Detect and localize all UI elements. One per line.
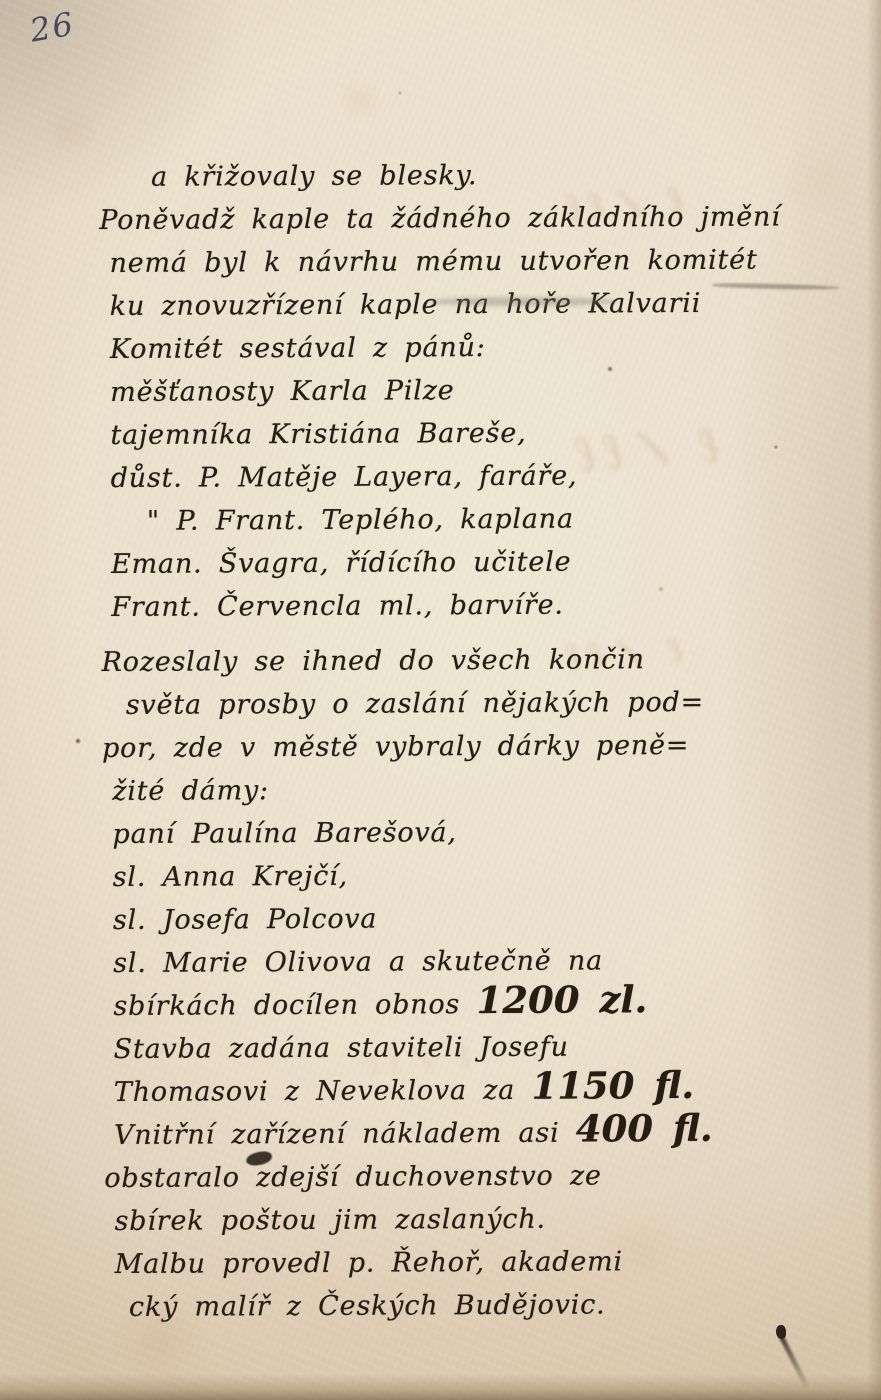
- manuscript-line: měšťanosty Karla Pilze: [110, 363, 868, 410]
- line-text: Thomasovi z Neveklova za: [114, 1075, 532, 1108]
- line-text: obstaralo zdejší duchovenstvo ze: [104, 1160, 602, 1194]
- line-text: " P. Frant. Teplého, kaplana: [147, 504, 574, 537]
- line-text: nemá byl k návrhu mému utvořen komitét: [109, 245, 757, 279]
- line-text: Rozeslaly se ihned do všech končin: [102, 644, 645, 678]
- manuscript-line: tajemníka Kristiána Bareše,: [110, 406, 868, 453]
- manuscript-line: Vnitřní zařízení nákladem asi 400 fl.: [114, 1106, 872, 1153]
- manuscript-line: Thomasovi z Neveklova za 1150 fl.: [114, 1063, 872, 1110]
- line-text: světa prosby o zaslání nějakých pod=: [126, 687, 704, 721]
- line-text: por, zde v městě vybraly dárky peně=: [102, 730, 689, 764]
- manuscript-line: paní Paulína Barešová,: [112, 805, 870, 852]
- amount-text: 1200 zl.: [476, 977, 647, 1022]
- manuscript-line: ku znovuzřízení kaple na hoře Kalvarii: [110, 277, 868, 324]
- manuscript-page: 26 a křižovaly se blesky. Poněvadž kaple…: [0, 0, 881, 1400]
- manuscript-line: sl. Marie Olivova a skutečně na: [113, 934, 871, 981]
- manuscript-line: obstaralo zdejší duchovenstvo ze: [104, 1149, 872, 1196]
- manuscript-line: sl. Josefa Polcova: [113, 891, 871, 938]
- manuscript-line: světa prosby o zaslání nějakých pod=: [112, 676, 870, 723]
- line-text: paní Paulína Barešová,: [112, 817, 456, 850]
- manuscript-line: Eman. Švagra, řídícího učitele: [111, 535, 869, 582]
- manuscript-line: důst. P. Matěje Layera, faráře,: [111, 449, 869, 496]
- manuscript-line: sl. Anna Krejčí,: [113, 848, 871, 895]
- amount-text: 1150 fl.: [531, 1063, 694, 1108]
- line-text: Stavba zadána staviteli Josefu: [114, 1032, 569, 1065]
- line-text: cký malíř z Českých Budějovic.: [129, 1289, 606, 1322]
- line-text: měšťanosty Karla Pilze: [110, 375, 454, 408]
- line-text: Frant. Červencla ml., barvíře.: [111, 590, 564, 623]
- manuscript-line: nemá byl k návrhu mému utvořen komitét: [109, 234, 867, 281]
- line-text: sbírkách docílen obnos: [113, 989, 476, 1022]
- manuscript-line: Komitét sestával z pánů:: [110, 320, 868, 367]
- manuscript-line: a křižovaly se blesky.: [109, 148, 867, 195]
- line-text: a křižovaly se blesky.: [151, 160, 477, 193]
- manuscript-line: por, zde v městě vybraly dárky peně=: [102, 719, 870, 766]
- line-text: sl. Josefa Polcova: [113, 904, 378, 936]
- page-bottom-shadow: [0, 1374, 881, 1400]
- line-text: důst. P. Matěje Layera, faráře,: [111, 461, 578, 494]
- line-text: Komitét sestával z pánů:: [110, 332, 486, 365]
- manuscript-line: " P. Frant. Teplého, kaplana: [111, 492, 869, 539]
- manuscript-line: Stavba zadána staviteli Josefu: [114, 1020, 872, 1067]
- line-text: žité dámy:: [112, 775, 269, 807]
- manuscript-line: žité dámy:: [112, 762, 870, 809]
- handwritten-text-block: a křižovaly se blesky. Poněvadž kaple ta…: [109, 148, 873, 1325]
- manuscript-line: Frant. Červencla ml., barvíře.: [111, 578, 869, 625]
- line-text: Poněvadž kaple ta žádného základního jmě…: [99, 201, 780, 236]
- line-text: sbírek poštou jim zaslaných.: [114, 1204, 545, 1237]
- manuscript-line: Malbu provedl p. Řehoř, akademi: [115, 1235, 873, 1282]
- manuscript-line: sbírek poštou jim zaslaných.: [114, 1192, 872, 1239]
- amount-text: 400 fl.: [576, 1106, 713, 1151]
- line-text: tajemníka Kristiána Bareše,: [110, 418, 526, 451]
- manuscript-line: sbírkách docílen obnos 1200 zl.: [113, 977, 871, 1024]
- manuscript-line: Rozeslaly se ihned do všech končin: [101, 633, 869, 680]
- manuscript-line: Poněvadž kaple ta žádného základního jmě…: [99, 191, 867, 238]
- ink-smear: [776, 1325, 786, 1339]
- manuscript-line: cký malíř z Českých Budějovic.: [115, 1278, 873, 1325]
- line-text: sl. Marie Olivova a skutečně na: [113, 945, 603, 979]
- line-text: sl. Anna Krejčí,: [113, 861, 348, 893]
- line-text: ku znovuzřízení kaple na hoře Kalvarii: [110, 288, 702, 322]
- line-text: Vnitřní zařízení nákladem asi: [114, 1118, 576, 1151]
- line-text: Eman. Švagra, řídícího učitele: [111, 547, 571, 580]
- page-number: 26: [27, 4, 78, 49]
- line-text: Malbu provedl p. Řehoř, akademi: [115, 1246, 623, 1280]
